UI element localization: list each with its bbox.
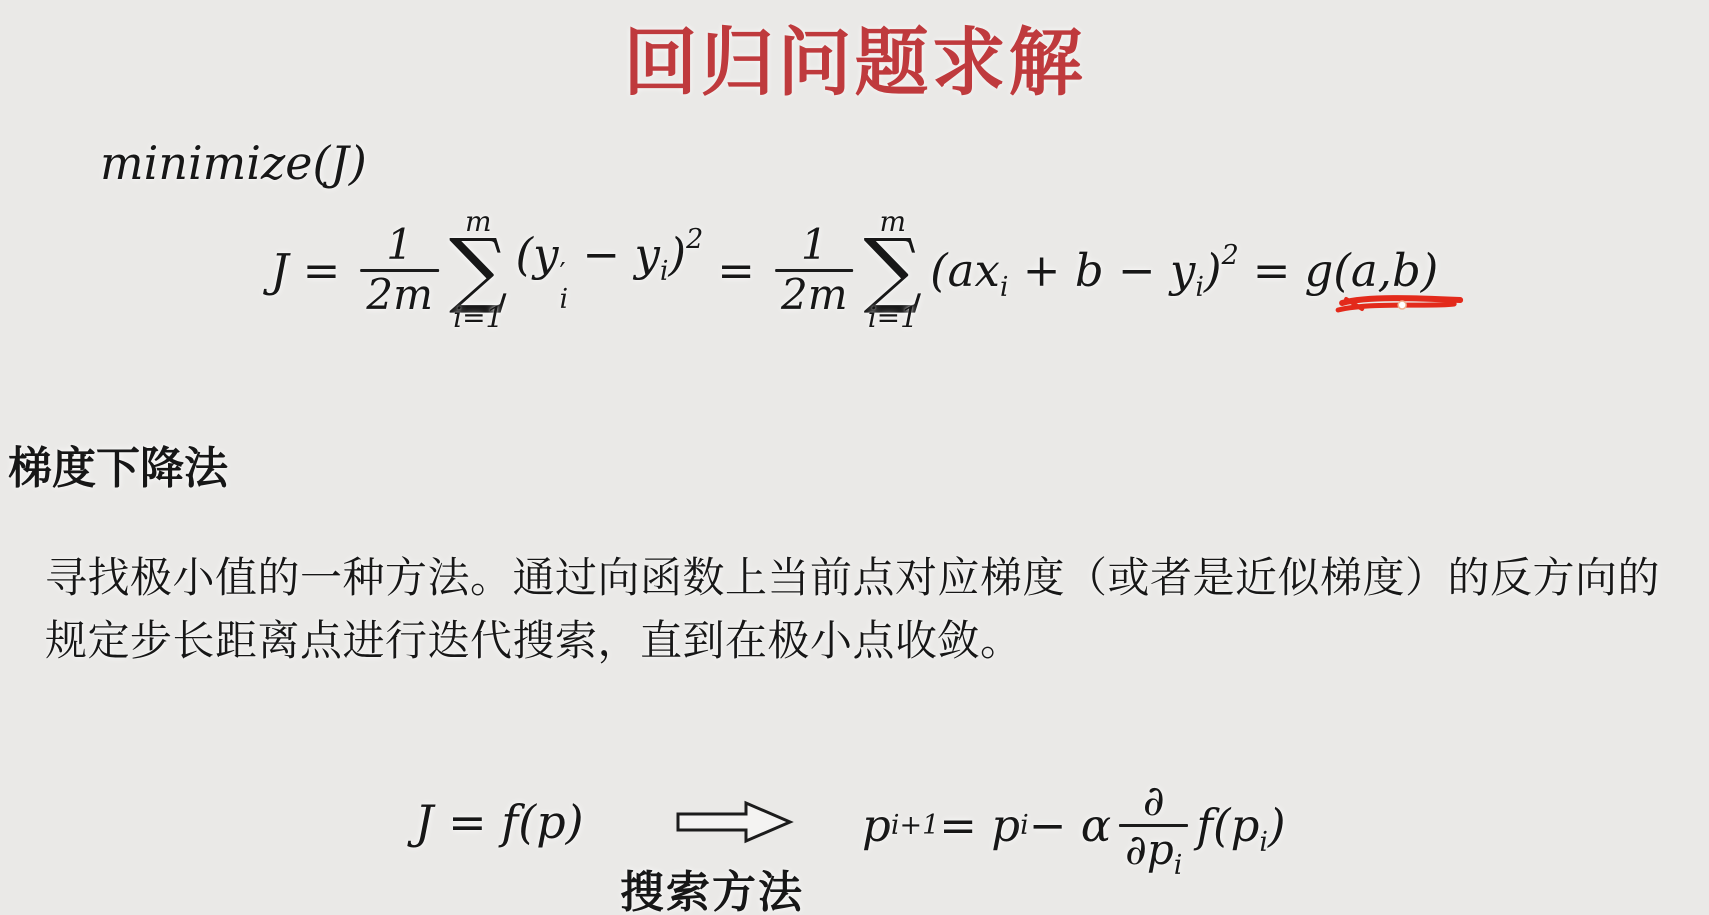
term-open: (y <box>516 228 559 281</box>
fraction-denominator: 2m <box>775 272 854 318</box>
summation-symbol: m ∑ i=1 <box>864 208 923 331</box>
power-2: 2 <box>686 224 703 255</box>
fraction-numerator: 1 <box>380 222 419 268</box>
equals-sign: = <box>303 244 341 297</box>
red-underline-annotation <box>1336 289 1466 319</box>
sigma-icon: ∑ <box>449 236 508 303</box>
cursor-dot <box>1398 301 1406 309</box>
p-symbol: p <box>862 799 891 852</box>
fraction-denominator: 2m <box>360 272 439 318</box>
subscript-i: i <box>559 287 568 313</box>
cost-function-formula: J = 1 2m m ∑ i=1 (y′i − yi)2 = 1 2m m ∑ … <box>271 192 1439 348</box>
parameter-update-formula: pi+1 = pi − α ∂ ∂pi f(pi) <box>862 748 1286 903</box>
fraction-numerator: 1 <box>795 222 834 268</box>
f-open: f(p <box>1196 799 1259 852</box>
subscript-i: i <box>660 256 669 287</box>
partial-numerator: ∂ <box>1137 778 1171 824</box>
sigma-icon: ∑ <box>864 236 923 303</box>
subscript-i: i <box>1000 272 1009 303</box>
fraction-1-over-2m: 1 2m <box>360 222 439 317</box>
objective-function-label: J = f(p) <box>415 795 584 849</box>
term-close: ) <box>669 228 687 281</box>
prime-mark: ′ <box>559 261 565 287</box>
section-heading-gradient-descent: 梯度下降法 <box>8 432 228 496</box>
g-of-a-b: g(a,b) <box>1304 244 1438 297</box>
equals-p: = p <box>939 799 1020 852</box>
sum-lower-limit: i=1 <box>453 304 503 332</box>
minus-alpha: − α <box>1029 799 1111 852</box>
power-2: 2 <box>1222 240 1239 271</box>
f-of-p-i: f(pi) <box>1196 799 1285 852</box>
equals-sign: = <box>1253 244 1291 297</box>
search-method-label: 搜索方法 <box>620 856 804 915</box>
y-prime-i: ′i <box>559 261 568 312</box>
term-close: ) <box>1204 244 1222 297</box>
gradient-descent-description: 寻找极小值的一种方法。通过向函数上当前点对应梯度（或者是近似梯度）的反方向的规定… <box>45 546 1680 672</box>
equals-sign: = <box>717 244 755 297</box>
term-mid: + b − y <box>1009 244 1196 297</box>
squared-error-term: (y′i − yi)2 <box>516 228 704 312</box>
f-close: ) <box>1268 799 1286 852</box>
partial-denominator: ∂pi <box>1119 827 1188 873</box>
fraction-1-over-2m: 1 2m <box>775 222 854 317</box>
formula-lhs: J <box>271 244 289 297</box>
partial-derivative-fraction: ∂ ∂pi <box>1119 778 1188 873</box>
term-open: (ax <box>930 244 1000 297</box>
partial-dp: ∂p <box>1125 825 1174 874</box>
term-mid: − y <box>568 228 660 281</box>
linear-model-error-term: (axi + b − yi)2 <box>930 244 1239 297</box>
minimize-objective-label: minimize(J) <box>100 136 367 190</box>
right-arrow-icon <box>676 800 794 844</box>
subscript-i: i <box>1259 827 1268 858</box>
lecture-slide: 回归问题求解 minimize(J) J = 1 2m m ∑ i=1 (y′i… <box>0 0 1709 915</box>
slide-title: 回归问题求解 <box>0 4 1709 110</box>
sum-lower-limit: i=1 <box>868 304 918 332</box>
subscript-i: i <box>1174 850 1183 881</box>
summation-symbol: m ∑ i=1 <box>449 208 508 331</box>
